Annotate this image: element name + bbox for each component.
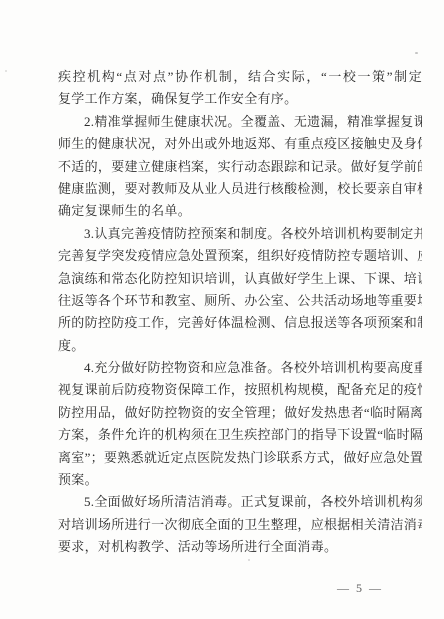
page-number: — 5 — bbox=[330, 581, 390, 596]
text-line: 疾控机构“点对点”协作机制，结合实际，“一校一策”制定 bbox=[58, 66, 422, 88]
text-line: 要求，对机构教学、活动等场所进行全面消毒。 bbox=[58, 536, 422, 558]
scan-speck bbox=[415, 52, 418, 54]
text-line: 5.全面做好场所清洁消毒。正式复课前，各校外培训机构须 bbox=[58, 491, 422, 513]
text-line: 急演练和常态化防控知识培训，认真做好学生上课、下课、培训 bbox=[58, 268, 422, 290]
text-line: 度。 bbox=[58, 335, 422, 357]
text-line: 确定复课师生的名单。 bbox=[58, 200, 422, 222]
text-line: 3.认真完善疫情防控预案和制度。各校外培训机构要制定并 bbox=[58, 223, 422, 245]
text-line: 复学工作方案，确保复学工作安全有序。 bbox=[58, 88, 422, 110]
text-line: 视复课前后防疫物资保障工作，按照机构规模，配备充足的疫情 bbox=[58, 379, 422, 401]
text-line: 师生的健康状况，对外出或外地返郑、有重点疫区接触史及身体 bbox=[58, 133, 422, 155]
text-line: 方案，条件允许的机构须在卫生疾控部门的指导下设置“临时隔 bbox=[58, 424, 422, 446]
text-line: 4.充分做好防控物资和应急准备。各校外培训机构要高度重 bbox=[58, 357, 422, 379]
document-page: 疾控机构“点对点”协作机制，结合实际，“一校一策”制定 复学工作方案，确保复学工… bbox=[0, 0, 444, 619]
text-line: 不适的，要建立健康档案，实行动态跟踪和记录。做好复学前的 bbox=[58, 156, 422, 178]
text-line: 离室”；要熟悉就近定点医院发热门诊联系方式，做好应急处置 bbox=[58, 447, 422, 469]
text-line: 往返等各个环节和教室、厕所、办公室、公共活动场地等重要场 bbox=[58, 290, 422, 312]
text-line: 预案。 bbox=[58, 469, 422, 491]
text-line: 完善复学突发疫情应急处置预案，组织好疫情防控专题培训、应 bbox=[58, 245, 422, 267]
text-line: 健康监测，要对教师及从业人员进行核酸检测，校长要亲自审核， bbox=[58, 178, 422, 200]
text-line: 2.精准掌握师生健康状况。全覆盖、无遗漏，精准掌握复课 bbox=[58, 111, 422, 133]
document-body: 疾控机构“点对点”协作机制，结合实际，“一校一策”制定 复学工作方案，确保复学工… bbox=[58, 66, 422, 559]
text-line: 对培训场所进行一次彻底全面的卫生整理，应根据相关清洁消毒 bbox=[58, 514, 422, 536]
text-line: 所的防控防疫工作，完善好体温检测、信息报送等各项预案和制 bbox=[58, 312, 422, 334]
scan-speck bbox=[248, 559, 250, 561]
text-line: 防控用品，做好防控物资的安全管理；做好发热患者“临时隔离” bbox=[58, 402, 422, 424]
scan-speck bbox=[5, 70, 7, 72]
